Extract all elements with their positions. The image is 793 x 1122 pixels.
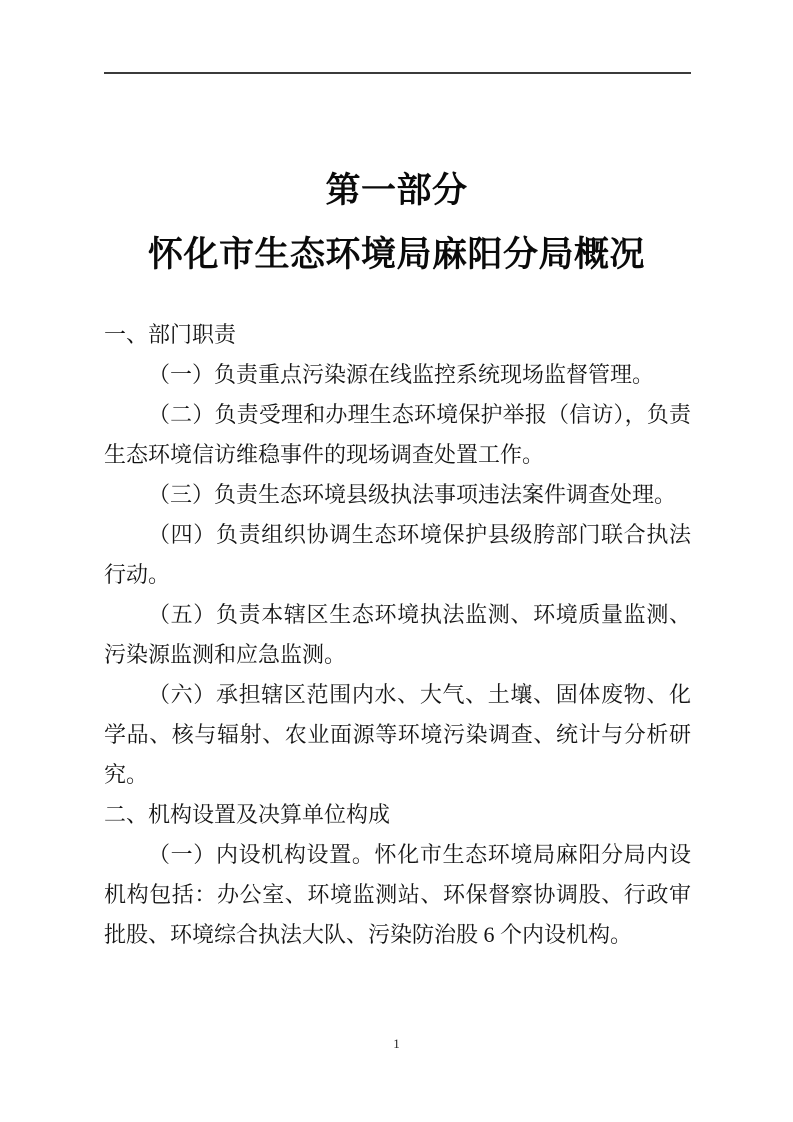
section-1-paragraph-1: （一）负责重点污染源在线监控系统现场监督管理。	[104, 355, 691, 395]
section-1-paragraph-3: （三）负责生态环境县级执法事项违法案件调查处理。	[104, 475, 691, 515]
page-number: 1	[393, 1036, 400, 1051]
section-1-paragraph-2: （二）负责受理和办理生态环境保护举报（信访），负责生态环境信访维稳事件的现场调查…	[104, 395, 691, 475]
section-1-heading: 一、部门职责	[104, 315, 691, 355]
section-2-heading: 二、机构设置及决算单位构成	[104, 795, 691, 835]
section-1-paragraph-4: （四）负责组织协调生态环境保护县级胯部门联合执法行动。	[104, 515, 691, 595]
section-1-paragraph-6: （六）承担辖区范围内水、大气、土壤、固体废物、化学品、核与辐射、农业面源等环境污…	[104, 675, 691, 795]
header-divider	[104, 72, 691, 74]
page-footer: 1	[0, 1034, 793, 1054]
title-block: 第一部分 怀化市生态环境局麻阳分局概况	[0, 159, 793, 287]
section-2-paragraph-1: （一）内设机构设置。怀化市生态环境局麻阳分局内设机构包括：办公室、环境监测站、环…	[104, 835, 691, 955]
part-subtitle: 怀化市生态环境局麻阳分局概况	[0, 223, 793, 287]
document-body: 一、部门职责 （一）负责重点污染源在线监控系统现场监督管理。 （二）负责受理和办…	[104, 315, 691, 955]
section-1-paragraph-5: （五）负责本辖区生态环境执法监测、环境质量监测、污染源监测和应急监测。	[104, 595, 691, 675]
document-page: 第一部分 怀化市生态环境局麻阳分局概况 一、部门职责 （一）负责重点污染源在线监…	[0, 0, 793, 1122]
part-title: 第一部分	[0, 159, 793, 223]
